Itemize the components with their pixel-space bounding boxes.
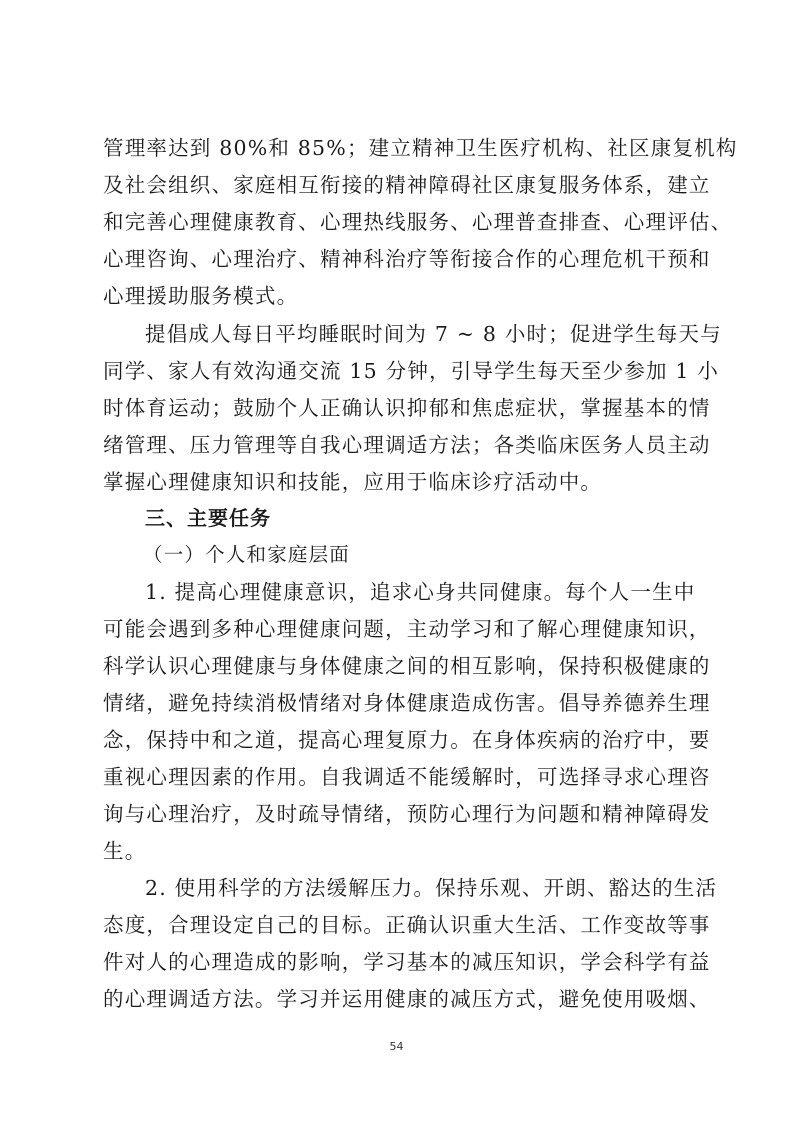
- paragraph-start-line: 提倡成人每日平均睡眠时间为 7 ~ 8 小时；促进学生每天与: [145, 319, 695, 349]
- paragraph-start-line: 2. 使用科学的方法缓解压力。保持乐观、开朗、豁达的生活: [145, 873, 695, 903]
- page-number: 54: [0, 1040, 793, 1053]
- text-line: 态度，合理设定自己的目标。正确认识重大生活、工作变故等事: [103, 910, 695, 940]
- text-line: 同学、家人有效沟通交流 15 分钟，引导学生每天至少参加 1 小: [103, 356, 695, 386]
- text-line: 件对人的心理造成的影响，学习基本的减压知识，学会科学有益: [103, 947, 695, 977]
- text-line: 绪管理、压力管理等自我心理调适方法；各类临床医务人员主动: [103, 430, 695, 460]
- text-line: 情绪，避免持续消极情绪对身体健康造成伤害。倡导养德养生理: [103, 688, 695, 718]
- text-line: 可能会遇到多种心理健康问题，主动学习和了解心理健康知识，: [103, 614, 695, 644]
- text-line: 管理率达到 80%和 85%；建立精神卫生医疗机构、社区康复机构: [103, 133, 695, 163]
- text-line: 询与心理治疗，及时疏导情绪，预防心理行为问题和精神障碍发: [103, 799, 695, 829]
- paragraph-start-line: 1. 提高心理健康意识，追求心身共同健康。每个人一生中: [145, 577, 695, 607]
- document-page: 管理率达到 80%和 85%；建立精神卫生医疗机构、社区康复机构 及社会组织、家…: [0, 0, 793, 1122]
- text-line: 和完善心理健康教育、心理热线服务、心理普查排查、心理评估、: [103, 207, 695, 237]
- text-line: 科学认识心理健康与身体健康之间的相互影响，保持积极健康的: [103, 651, 695, 681]
- text-line: 时体育运动；鼓励个人正确认识抑郁和焦虑症状，掌握基本的情: [103, 393, 695, 423]
- text-line: 重视心理因素的作用。自我调适不能缓解时，可选择寻求心理咨: [103, 762, 695, 792]
- text-line: 及社会组织、家庭相互衔接的精神障碍社区康复服务体系，建立: [103, 170, 695, 200]
- text-line: 掌握心理健康知识和技能，应用于临床诊疗活动中。: [103, 467, 695, 497]
- subsection-heading: （一）个人和家庭层面: [143, 540, 693, 570]
- text-line: 的心理调适方法。学习并运用健康的减压方式，避免使用吸烟、: [103, 984, 695, 1014]
- text-line: 心理咨询、心理治疗、精神科治疗等衔接合作的心理危机干预和: [103, 244, 695, 274]
- text-line: 念，保持中和之道，提高心理复原力。在身体疾病的治疗中，要: [103, 725, 695, 755]
- text-line: 生。: [103, 836, 695, 866]
- section-heading: 三、主要任务: [145, 503, 695, 533]
- text-line: 心理援助服务模式。: [103, 281, 695, 311]
